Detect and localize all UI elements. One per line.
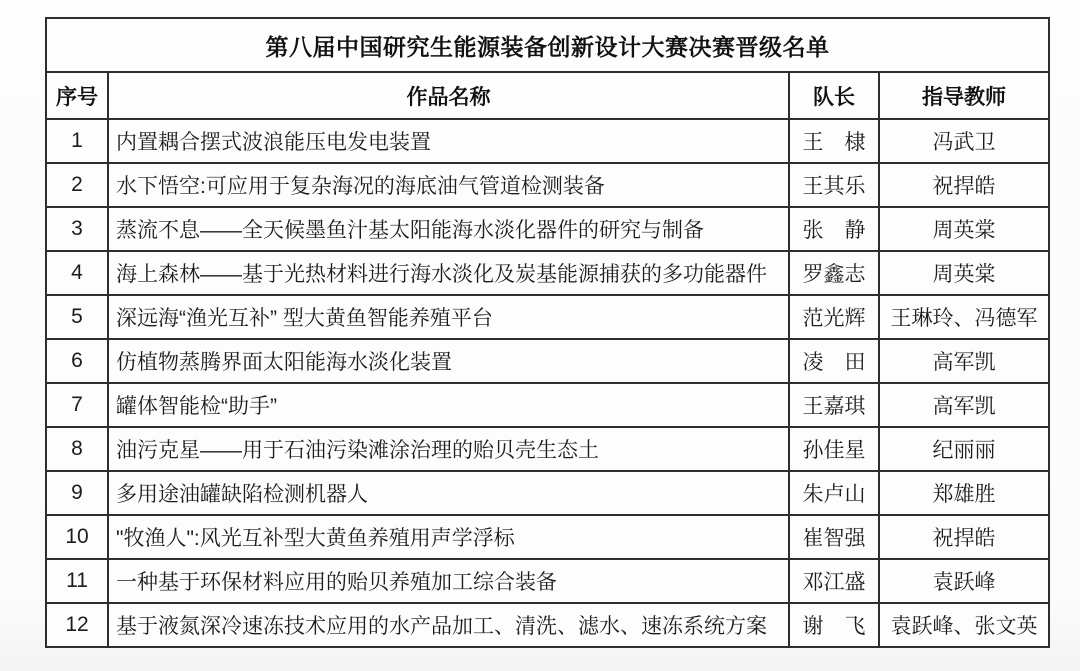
column-header-work: 作品名称 bbox=[108, 72, 789, 119]
row-work-title-cell: 水下悟空:可应用于复杂海况的海底油气管道检测装备 bbox=[108, 163, 789, 207]
row-advisor-cell: 高军凯 bbox=[879, 383, 1049, 427]
row-index-cell: 7 bbox=[46, 383, 108, 427]
page: 第八届中国研究生能源装备创新设计大赛决赛晋级名单 序号 作品名称 队长 指导教师… bbox=[0, 0, 1080, 671]
row-work-title-cell: 基于液氮深冷速冻技术应用的水产品加工、清洗、滤水、速冻系统方案 bbox=[108, 603, 789, 647]
column-header-leader: 队长 bbox=[789, 72, 879, 119]
row-leader-cell: 邓江盛 bbox=[789, 559, 879, 603]
row-work-title-cell: 油污克星——用于石油污染滩涂治理的贻贝壳生态土 bbox=[108, 427, 789, 471]
row-leader-cell: 孙佳星 bbox=[789, 427, 879, 471]
row-leader-cell: 王嘉琪 bbox=[789, 383, 879, 427]
row-index-cell: 12 bbox=[46, 603, 108, 647]
table-row: 4 海上森林——基于光热材料进行海水淡化及炭基能源捕获的多功能器件 罗鑫志 周英… bbox=[46, 251, 1049, 295]
row-index-cell: 3 bbox=[46, 207, 108, 251]
row-advisor-cell: 郑雄胜 bbox=[879, 471, 1049, 515]
row-leader-cell: 王 棣 bbox=[789, 119, 879, 163]
row-work-title-cell: 多用途油罐缺陷检测机器人 bbox=[108, 471, 789, 515]
row-work-title-cell: 蒸流不息——全天候墨鱼汁基太阳能海水淡化器件的研究与制备 bbox=[108, 207, 789, 251]
row-leader-cell: 王其乐 bbox=[789, 163, 879, 207]
row-work-title-cell: 罐体智能检“助手” bbox=[108, 383, 789, 427]
table-row: 3 蒸流不息——全天候墨鱼汁基太阳能海水淡化器件的研究与制备 张 静 周英棠 bbox=[46, 207, 1049, 251]
row-leader-cell: 罗鑫志 bbox=[789, 251, 879, 295]
table-row: 9 多用途油罐缺陷检测机器人 朱卢山 郑雄胜 bbox=[46, 471, 1049, 515]
row-work-title-cell: 内置耦合摆式波浪能压电发电装置 bbox=[108, 119, 789, 163]
row-index-cell: 10 bbox=[46, 515, 108, 559]
column-header-advisor: 指导教师 bbox=[879, 72, 1049, 119]
row-advisor-cell: 祝捍皓 bbox=[879, 163, 1049, 207]
row-index-cell: 9 bbox=[46, 471, 108, 515]
row-work-title-cell: 一种基于环保材料应用的贻贝养殖加工综合装备 bbox=[108, 559, 789, 603]
row-index-cell: 4 bbox=[46, 251, 108, 295]
table-row: 6 仿植物蒸腾界面太阳能海水淡化装置 凌 田 高军凯 bbox=[46, 339, 1049, 383]
table-row: 2 水下悟空:可应用于复杂海况的海底油气管道检测装备 王其乐 祝捍皓 bbox=[46, 163, 1049, 207]
table-row: 1 内置耦合摆式波浪能压电发电装置 王 棣 冯武卫 bbox=[46, 119, 1049, 163]
row-advisor-cell: 周英棠 bbox=[879, 251, 1049, 295]
table-row: 12 基于液氮深冷速冻技术应用的水产品加工、清洗、滤水、速冻系统方案 谢 飞 袁… bbox=[46, 603, 1049, 647]
row-leader-cell: 谢 飞 bbox=[789, 603, 879, 647]
row-advisor-cell: 周英棠 bbox=[879, 207, 1049, 251]
advancement-roster-table: 第八届中国研究生能源装备创新设计大赛决赛晋级名单 序号 作品名称 队长 指导教师… bbox=[45, 17, 1050, 648]
row-index-cell: 2 bbox=[46, 163, 108, 207]
row-advisor-cell: 冯武卫 bbox=[879, 119, 1049, 163]
column-header-index: 序号 bbox=[46, 72, 108, 119]
row-leader-cell: 范光辉 bbox=[789, 295, 879, 339]
row-leader-cell: 张 静 bbox=[789, 207, 879, 251]
table-row: 5 深远海“渔光互补” 型大黄鱼智能养殖平台 范光辉 王琳玲、冯德军 bbox=[46, 295, 1049, 339]
table-row: 8 油污克星——用于石油污染滩涂治理的贻贝壳生态土 孙佳星 纪丽丽 bbox=[46, 427, 1049, 471]
row-leader-cell: 朱卢山 bbox=[789, 471, 879, 515]
row-work-title-cell: "牧渔人":风光互补型大黄鱼养殖用声学浮标 bbox=[108, 515, 789, 559]
row-advisor-cell: 袁跃峰 bbox=[879, 559, 1049, 603]
row-leader-cell: 崔智强 bbox=[789, 515, 879, 559]
row-work-title-cell: 仿植物蒸腾界面太阳能海水淡化装置 bbox=[108, 339, 789, 383]
header-row: 序号 作品名称 队长 指导教师 bbox=[46, 72, 1049, 119]
row-work-title-cell: 海上森林——基于光热材料进行海水淡化及炭基能源捕获的多功能器件 bbox=[108, 251, 789, 295]
row-leader-cell: 凌 田 bbox=[789, 339, 879, 383]
row-advisor-cell: 高军凯 bbox=[879, 339, 1049, 383]
row-index-cell: 6 bbox=[46, 339, 108, 383]
row-index-cell: 5 bbox=[46, 295, 108, 339]
row-index-cell: 8 bbox=[46, 427, 108, 471]
title-row: 第八届中国研究生能源装备创新设计大赛决赛晋级名单 bbox=[46, 18, 1049, 72]
table-row: 7 罐体智能检“助手” 王嘉琪 高军凯 bbox=[46, 383, 1049, 427]
table-row: 10 "牧渔人":风光互补型大黄鱼养殖用声学浮标 崔智强 祝捍皓 bbox=[46, 515, 1049, 559]
row-advisor-cell: 王琳玲、冯德军 bbox=[879, 295, 1049, 339]
table-row: 11 一种基于环保材料应用的贻贝养殖加工综合装备 邓江盛 袁跃峰 bbox=[46, 559, 1049, 603]
table-body: 1 内置耦合摆式波浪能压电发电装置 王 棣 冯武卫 2 水下悟空:可应用于复杂海… bbox=[46, 119, 1049, 647]
row-advisor-cell: 袁跃峰、张文英 bbox=[879, 603, 1049, 647]
table-title: 第八届中国研究生能源装备创新设计大赛决赛晋级名单 bbox=[46, 18, 1049, 72]
row-index-cell: 11 bbox=[46, 559, 108, 603]
row-index-cell: 1 bbox=[46, 119, 108, 163]
row-work-title-cell: 深远海“渔光互补” 型大黄鱼智能养殖平台 bbox=[108, 295, 789, 339]
row-advisor-cell: 祝捍皓 bbox=[879, 515, 1049, 559]
row-advisor-cell: 纪丽丽 bbox=[879, 427, 1049, 471]
